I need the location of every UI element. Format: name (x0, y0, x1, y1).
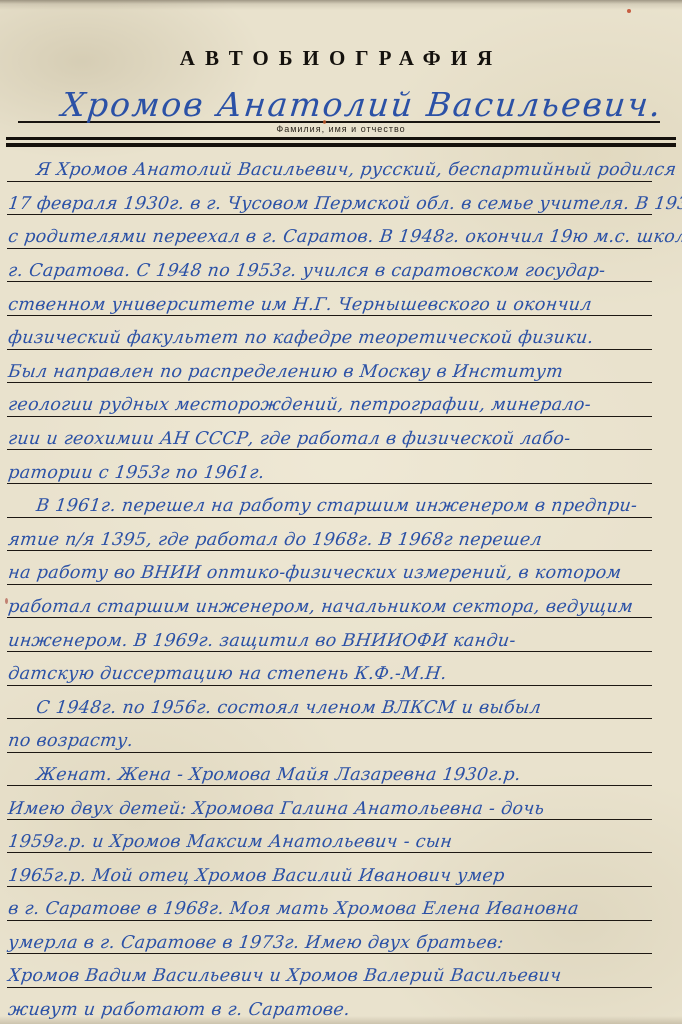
handwritten-line: 1959г.р. и Хромов Максим Анатольевич - с… (7, 820, 652, 854)
handwritten-line: ятие п/я 1395, где работал до 1968г. В 1… (7, 518, 652, 552)
handwritten-line-text: Женат. Жена - Хромова Майя Лазаревна 193… (7, 766, 522, 785)
handwritten-line: ственном университете им Н.Г. Чернышевск… (7, 282, 652, 316)
paper-speck (5, 598, 8, 604)
handwritten-line: Хромов Вадим Васильевич и Хромов Валерий… (7, 954, 652, 988)
handwritten-line: физический факультет по кафедре теоретич… (7, 316, 652, 350)
handwritten-line: в г. Саратове в 1968г. Моя мать Хромова … (7, 887, 652, 921)
handwritten-line-text: ственном университете им Н.Г. Чернышевск… (7, 296, 593, 315)
handwritten-line: Был направлен по распределению в Москву … (7, 350, 652, 384)
handwritten-line: инженером. В 1969г. защитил во ВНИИОФИ к… (7, 618, 652, 652)
handwritten-line-text: В 1961г. перешел на работу старшим инжен… (7, 497, 638, 516)
handwritten-line-text: С 1948г. по 1956г. состоял членом ВЛКСМ … (7, 699, 542, 718)
handwritten-line-text: с родителями переехал в г. Саратов. В 19… (7, 228, 682, 247)
handwritten-line-text: Хромов Вадим Васильевич и Хромов Валерий… (7, 967, 562, 986)
document-title: АВТОБИОГРАФИЯ (0, 0, 682, 71)
name-field-line: Хромов Анатолий Васильевич. (18, 71, 660, 123)
handwritten-line-text: живут и работают в г. Саратове. (7, 1001, 351, 1020)
handwritten-line-text: ятие п/я 1395, где работал до 1968г. В 1… (7, 531, 543, 550)
handwritten-line: с родителями переехал в г. Саратов. В 19… (7, 215, 652, 249)
handwritten-line-text: 1965г.р. Мой отец Хромов Василий Иванови… (7, 867, 506, 886)
handwritten-line: 17 февраля 1930г. в г. Чусовом Пермской … (7, 182, 652, 216)
handwritten-line-text: Имею двух детей: Хромова Галина Анатолье… (7, 800, 545, 819)
handwritten-line-text: по возрасту. (7, 732, 134, 751)
handwritten-line: ратории с 1953г по 1961г. (7, 450, 652, 484)
header-rule-bottom (6, 143, 676, 147)
handwritten-line-text: на работу во ВНИИ оптико-физических изме… (7, 564, 622, 583)
handwritten-line-text: датскую диссертацию на степень К.Ф.-М.Н. (7, 665, 448, 684)
handwritten-line: Женат. Жена - Хромова Майя Лазаревна 193… (7, 753, 652, 787)
header-double-rule (6, 137, 676, 147)
autobiography-document-page: АВТОБИОГРАФИЯ Хромов Анатолий Васильевич… (0, 0, 682, 1024)
handwritten-line-text: инженером. В 1969г. защитил во ВНИИОФИ к… (7, 632, 517, 651)
paper-speck (627, 9, 631, 13)
handwritten-line: живут и работают в г. Саратове. (7, 988, 652, 1021)
handwritten-line-text: в г. Саратове в 1968г. Моя мать Хромова … (7, 900, 580, 919)
handwritten-body: Я Хромов Анатолий Васильевич, русский, б… (7, 148, 652, 1020)
handwritten-line: 1965г.р. Мой отец Хромов Василий Иванови… (7, 853, 652, 887)
handwritten-full-name: Хромов Анатолий Васильевич. (18, 88, 664, 121)
handwritten-line-text: 17 февраля 1930г. в г. Чусовом Пермской … (7, 195, 682, 214)
handwritten-line-text: работал старшим инженером, начальником с… (7, 598, 634, 617)
handwritten-line: по возрасту. (7, 719, 652, 753)
handwritten-line-text: 1959г.р. и Хромов Максим Анатольевич - с… (7, 833, 453, 852)
header-rule-top (6, 137, 676, 140)
handwritten-line-text: Был направлен по распределению в Москву … (7, 363, 564, 382)
handwritten-line-text: умерла в г. Саратове в 1973г. Имею двух … (7, 934, 505, 953)
paper-speck (323, 120, 326, 124)
name-field-caption: Фамилия, имя и отчество (0, 124, 682, 134)
handwritten-line-text: физический факультет по кафедре теоретич… (7, 329, 595, 348)
handwritten-line: Я Хромов Анатолий Васильевич, русский, б… (7, 148, 652, 182)
handwritten-line-text: г. Саратова. С 1948 по 1953г. учился в с… (7, 262, 606, 281)
handwritten-line-text: гии и геохимии АН СССР, где работал в фи… (7, 430, 572, 449)
handwritten-line: В 1961г. перешел на работу старшим инжен… (7, 484, 652, 518)
handwritten-line: датскую диссертацию на степень К.Ф.-М.Н. (7, 652, 652, 686)
handwritten-line: умерла в г. Саратове в 1973г. Имею двух … (7, 921, 652, 955)
handwritten-line-text: геологии рудных месторождений, петрограф… (7, 396, 592, 415)
handwritten-line: гии и геохимии АН СССР, где работал в фи… (7, 417, 652, 451)
handwritten-line: работал старшим инженером, начальником с… (7, 585, 652, 619)
handwritten-line: г. Саратова. С 1948 по 1953г. учился в с… (7, 249, 652, 283)
handwritten-line: геологии рудных месторождений, петрограф… (7, 383, 652, 417)
handwritten-line: на работу во ВНИИ оптико-физических изме… (7, 551, 652, 585)
handwritten-line-text: ратории с 1953г по 1961г. (7, 464, 266, 483)
handwritten-line-text: Я Хромов Анатолий Васильевич, русский, б… (7, 161, 677, 180)
handwritten-line: С 1948г. по 1956г. состоял членом ВЛКСМ … (7, 686, 652, 720)
handwritten-line: Имею двух детей: Хромова Галина Анатолье… (7, 786, 652, 820)
